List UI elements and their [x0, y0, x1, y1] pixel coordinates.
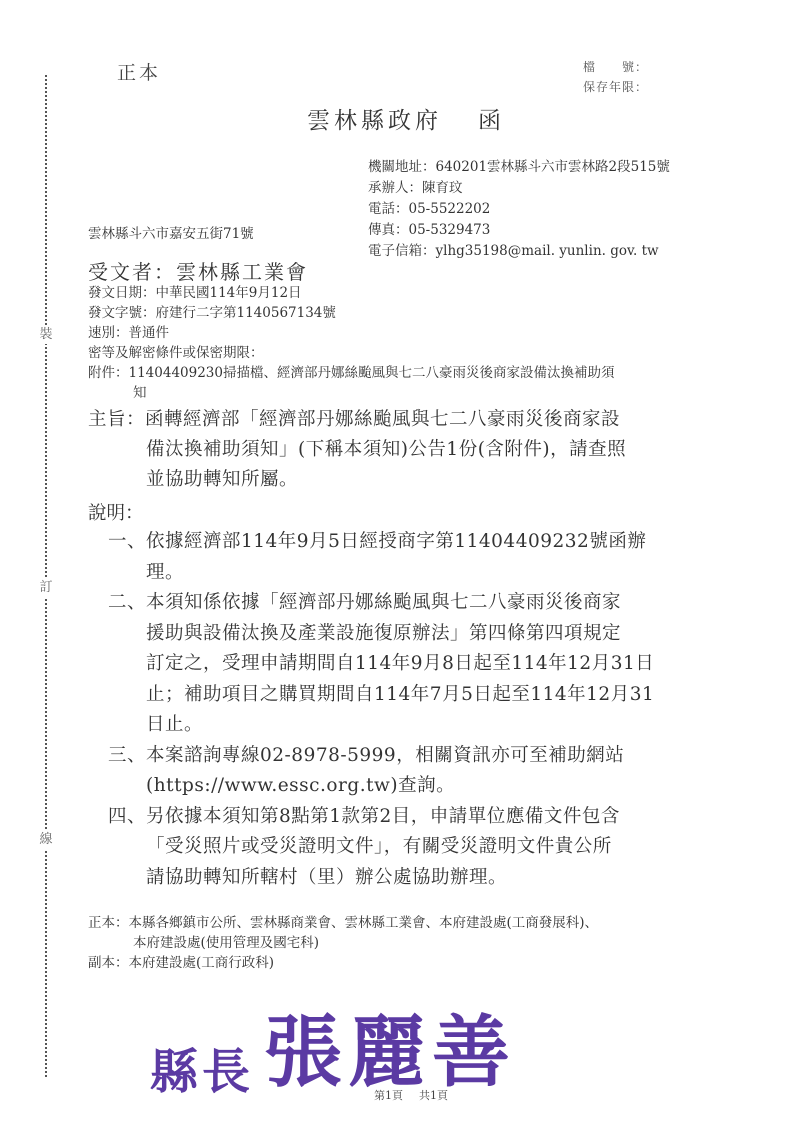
file-meta: 檔 號： 保存年限：: [583, 57, 648, 97]
title-org: 雲林縣政府: [307, 108, 442, 134]
explanation-items: 一、依據經濟部114年9月5日經授商字第11404409232號函辦 理。 二、…: [108, 527, 654, 893]
security-class: 密等及解密條件或保密期限：: [88, 343, 614, 363]
recipient-address: 雲林縣斗六市嘉安五街71號: [88, 222, 254, 242]
distribution-copy: 副本：本府建設處(工商行政科): [88, 953, 598, 973]
agency-phone: 電話：05-5522202: [368, 199, 670, 220]
page-current: 第1頁: [374, 1089, 403, 1102]
subject-line: 備汰換補助須知」(下稱本須知)公告1份(含附件)，請查照: [88, 435, 626, 465]
title-type: 函: [478, 108, 505, 134]
document-meta: 發文日期：中華民國114年9月12日 發文字號：府建行二字第1140567134…: [88, 283, 614, 403]
explanation-item-1: 一、依據經濟部114年9月5日經授商字第11404409232號函辦 理。: [108, 527, 654, 588]
subject-line: 主旨：函轉經濟部「經濟部丹娜絲颱風與七二八豪雨災後商家設: [88, 405, 626, 435]
item-line: 三、本案諮詢專線02-8978-5999，相關資訊亦可至補助網站: [108, 741, 654, 772]
speed-class: 速別：普通件: [88, 323, 614, 343]
subject: 主旨：函轉經濟部「經濟部丹娜絲颱風與七二八豪雨災後商家設 備汰換補助須知」(下稱…: [88, 405, 626, 495]
signature-name: 張麗善: [264, 1007, 516, 1098]
subject-line: 並協助轉知所屬。: [88, 465, 626, 495]
agency-address: 機關地址：640201雲林縣斗六市雲林路2段515號: [368, 157, 670, 178]
distribution-original: 正本：本縣各鄉鎮市公所、雲林縣商業會、雲林縣工業會、本府建設處(工商發展科)、: [88, 913, 598, 933]
item-line: 二、本須知係依據「經濟部丹娜絲颱風與七二八豪雨災後商家: [108, 588, 654, 619]
document-title: 雲林縣政府函: [307, 102, 505, 135]
binding-char-xian: 線: [37, 831, 55, 849]
item-line: 訂定之，受理申請期間自114年9月8日起至114年12月31日: [108, 649, 654, 680]
attachment-cont: 知: [88, 383, 614, 403]
binding-line: [45, 75, 47, 1077]
agency-handler: 承辦人：陳育玟: [368, 178, 670, 199]
item-line: 一、依據經濟部114年9月5日經授商字第11404409232號函辦: [108, 527, 654, 558]
retention-label: 保存年限：: [583, 77, 648, 97]
item-line: 日止。: [108, 710, 654, 741]
page-number: 第1頁共1頁: [374, 1087, 448, 1103]
item-line-link: (https://www.essc.org.tw)查詢。: [108, 771, 654, 802]
item-line: 援助與設備汰換及產業設施復原辦法」第四條第四項規定: [108, 619, 654, 650]
item-line: 請協助轉知所轄村（里）辦公處協助辦理。: [108, 863, 654, 894]
copy-label: 正本: [117, 58, 161, 85]
page-total: 共1頁: [419, 1089, 448, 1102]
distribution-original-cont: 本府建設處(使用管理及國宅科): [88, 933, 598, 953]
item-line: 理。: [108, 558, 654, 589]
agency-email: 電子信箱：ylhg35198@mail. yunlin. gov. tw: [368, 241, 670, 262]
explanation-item-2: 二、本須知係依據「經濟部丹娜絲颱風與七二八豪雨災後商家 援助與設備汰換及產業設施…: [108, 588, 654, 741]
item-line: 止；補助項目之購買期間自114年7月5日起至114年12月31: [108, 680, 654, 711]
item-line: 四、另依據本須知第8點第1款第2目，申請單位應備文件包含: [108, 802, 654, 833]
explanation-item-4: 四、另依據本須知第8點第1款第2目，申請單位應備文件包含 「受災照片或受災證明文…: [108, 802, 654, 894]
agency-info: 機關地址：640201雲林縣斗六市雲林路2段515號 承辦人：陳育玟 電話：05…: [368, 157, 670, 262]
binding-char-ding: 訂: [37, 579, 55, 597]
signature-title: 縣長: [150, 1044, 254, 1100]
agency-fax: 傳真：05-5329473: [368, 220, 670, 241]
recipient-name: 受文者：雲林縣工業會: [88, 256, 308, 285]
issue-date: 發文日期：中華民國114年9月12日: [88, 283, 614, 303]
file-number-label: 檔 號：: [583, 57, 648, 77]
doc-number: 發文字號：府建行二字第1140567134號: [88, 303, 614, 323]
explanation-heading: 說明：: [88, 499, 144, 525]
signature-stamp: 縣長張麗善: [150, 990, 516, 1102]
item-line: 「受災照片或受災證明文件」，有關受災證明文件貴公所: [108, 832, 654, 863]
explanation-item-3: 三、本案諮詢專線02-8978-5999，相關資訊亦可至補助網站 (https:…: [108, 741, 654, 802]
binding-char-zhuang: 裝: [37, 326, 55, 344]
attachment: 附件：11404409230掃描檔、經濟部丹娜絲颱風與七二八豪雨災後商家設備汰換…: [88, 363, 614, 383]
distribution: 正本：本縣各鄉鎮市公所、雲林縣商業會、雲林縣工業會、本府建設處(工商發展科)、 …: [88, 913, 598, 973]
